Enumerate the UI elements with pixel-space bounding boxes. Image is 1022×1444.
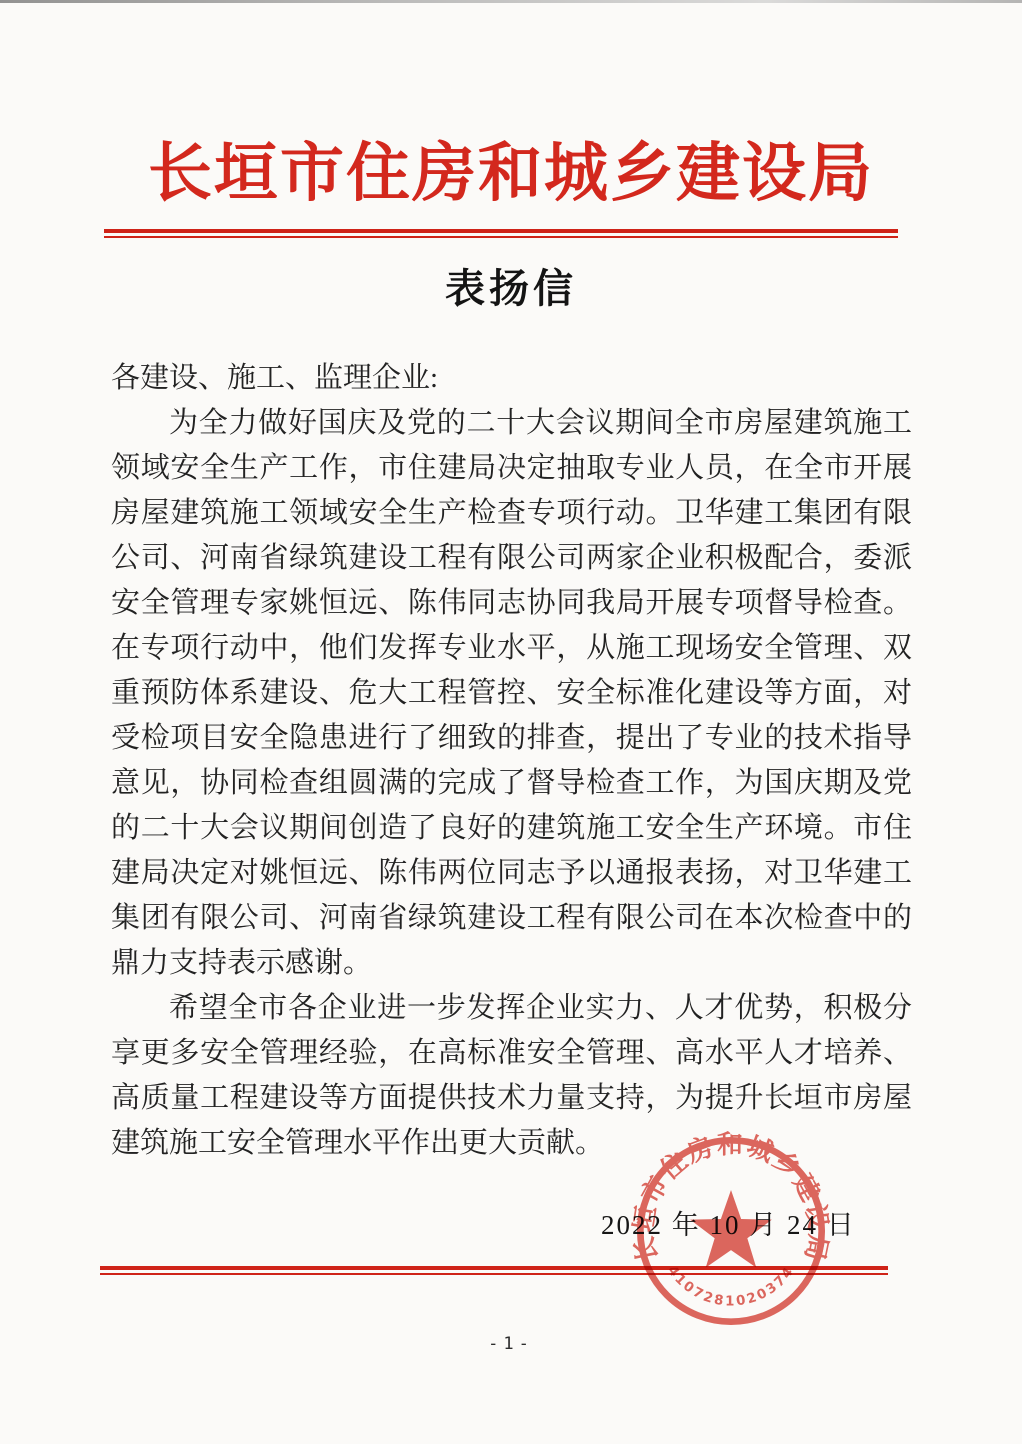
footer-divider [100,1266,888,1275]
header-divider [104,229,898,238]
scan-artifact-top-edge [0,0,1022,3]
paragraph-1: 为全力做好国庆及党的二十大会议期间全市房屋建筑施工领域安全生产工作，市住建局决定… [111,401,912,986]
salutation: 各建设、施工、监理企业: [111,356,912,401]
document-page: 长垣市住房和城乡建设局 表扬信 各建设、施工、监理企业: 为全力做好国庆及党的二… [0,0,1022,1444]
letter-title: 表扬信 [0,257,1022,314]
agency-title: 长垣市住房和城乡建设局 [0,140,1022,207]
date-line: 2022 年 10 月 24 日 [601,1203,856,1242]
letter-body: 各建设、施工、监理企业: 为全力做好国庆及党的二十大会议期间全市房屋建筑施工领域… [111,356,912,1166]
paragraph-2: 希望全市各企业进一步发挥企业实力、人才优势，积极分享更多安全管理经验，在高标准安… [111,986,912,1166]
page-number: -1- [0,1334,1022,1354]
